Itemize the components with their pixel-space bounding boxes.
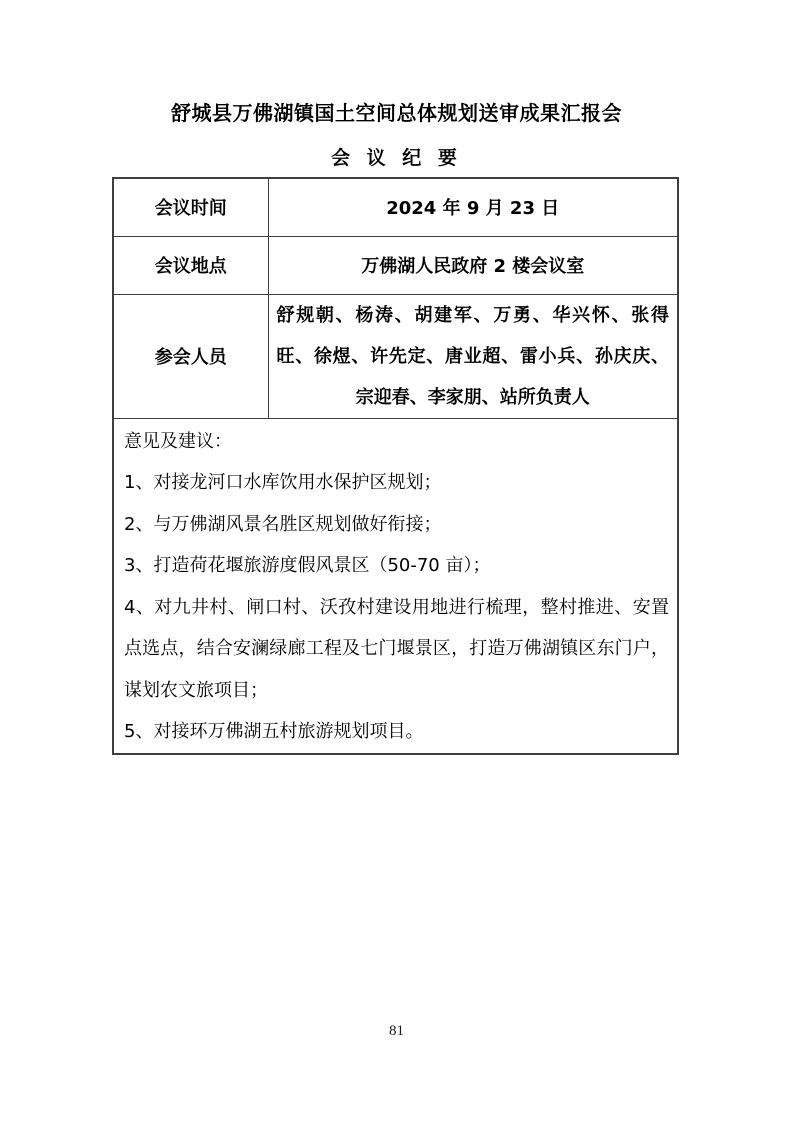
opinion-item-2: 2、与万佛湖风景名胜区规划做好衔接；: [124, 504, 669, 546]
meeting-place-label: 会议地点: [113, 236, 268, 294]
table-row-participants: 参会人员 舒规朝、杨涛、胡建军、万勇、华兴怀、张得旺、徐煜、许先定、唐业超、雷小…: [113, 294, 678, 418]
page-number: 81: [0, 1023, 793, 1040]
meeting-time-value: 2024 年 9 月 23 日: [268, 178, 678, 236]
doc-subtitle: 会 议 纪 要: [0, 145, 793, 171]
opinion-item-3: 3、打造荷花堰旅游度假风景区（50-70 亩）；: [124, 545, 669, 587]
participants-value: 舒规朝、杨涛、胡建军、万勇、华兴怀、张得旺、徐煜、许先定、唐业超、雷小兵、孙庆庆…: [268, 294, 678, 418]
opinion-item-4: 4、对九井村、闸口村、沃孜村建设用地进行梳理，整村推进、安置点选点，结合安澜绿廊…: [124, 587, 669, 712]
opinions-cell: 意见及建议： 1、对接龙河口水库饮用水保护区规划； 2、与万佛湖风景名胜区规划做…: [113, 418, 678, 754]
opinion-item-1: 1、对接龙河口水库饮用水保护区规划；: [124, 462, 669, 504]
table-row-meeting-place: 会议地点 万佛湖人民政府 2 楼会议室: [113, 236, 678, 294]
document-page: 舒城县万佛湖镇国土空间总体规划送审成果汇报会 会 议 纪 要 会议时间 2024…: [0, 0, 793, 1122]
meeting-place-value: 万佛湖人民政府 2 楼会议室: [268, 236, 678, 294]
opinions-heading: 意见及建议：: [124, 421, 669, 463]
participants-label: 参会人员: [113, 294, 268, 418]
opinion-item-5: 5、对接环万佛湖五村旅游规划项目。: [124, 711, 669, 753]
table-row-meeting-time: 会议时间 2024 年 9 月 23 日: [113, 178, 678, 236]
meeting-time-label: 会议时间: [113, 178, 268, 236]
doc-title: 舒城县万佛湖镇国土空间总体规划送审成果汇报会: [0, 100, 793, 126]
table-row-opinions: 意见及建议： 1、对接龙河口水库饮用水保护区规划； 2、与万佛湖风景名胜区规划做…: [113, 418, 678, 754]
meeting-minutes-table: 会议时间 2024 年 9 月 23 日 会议地点 万佛湖人民政府 2 楼会议室…: [112, 177, 679, 755]
